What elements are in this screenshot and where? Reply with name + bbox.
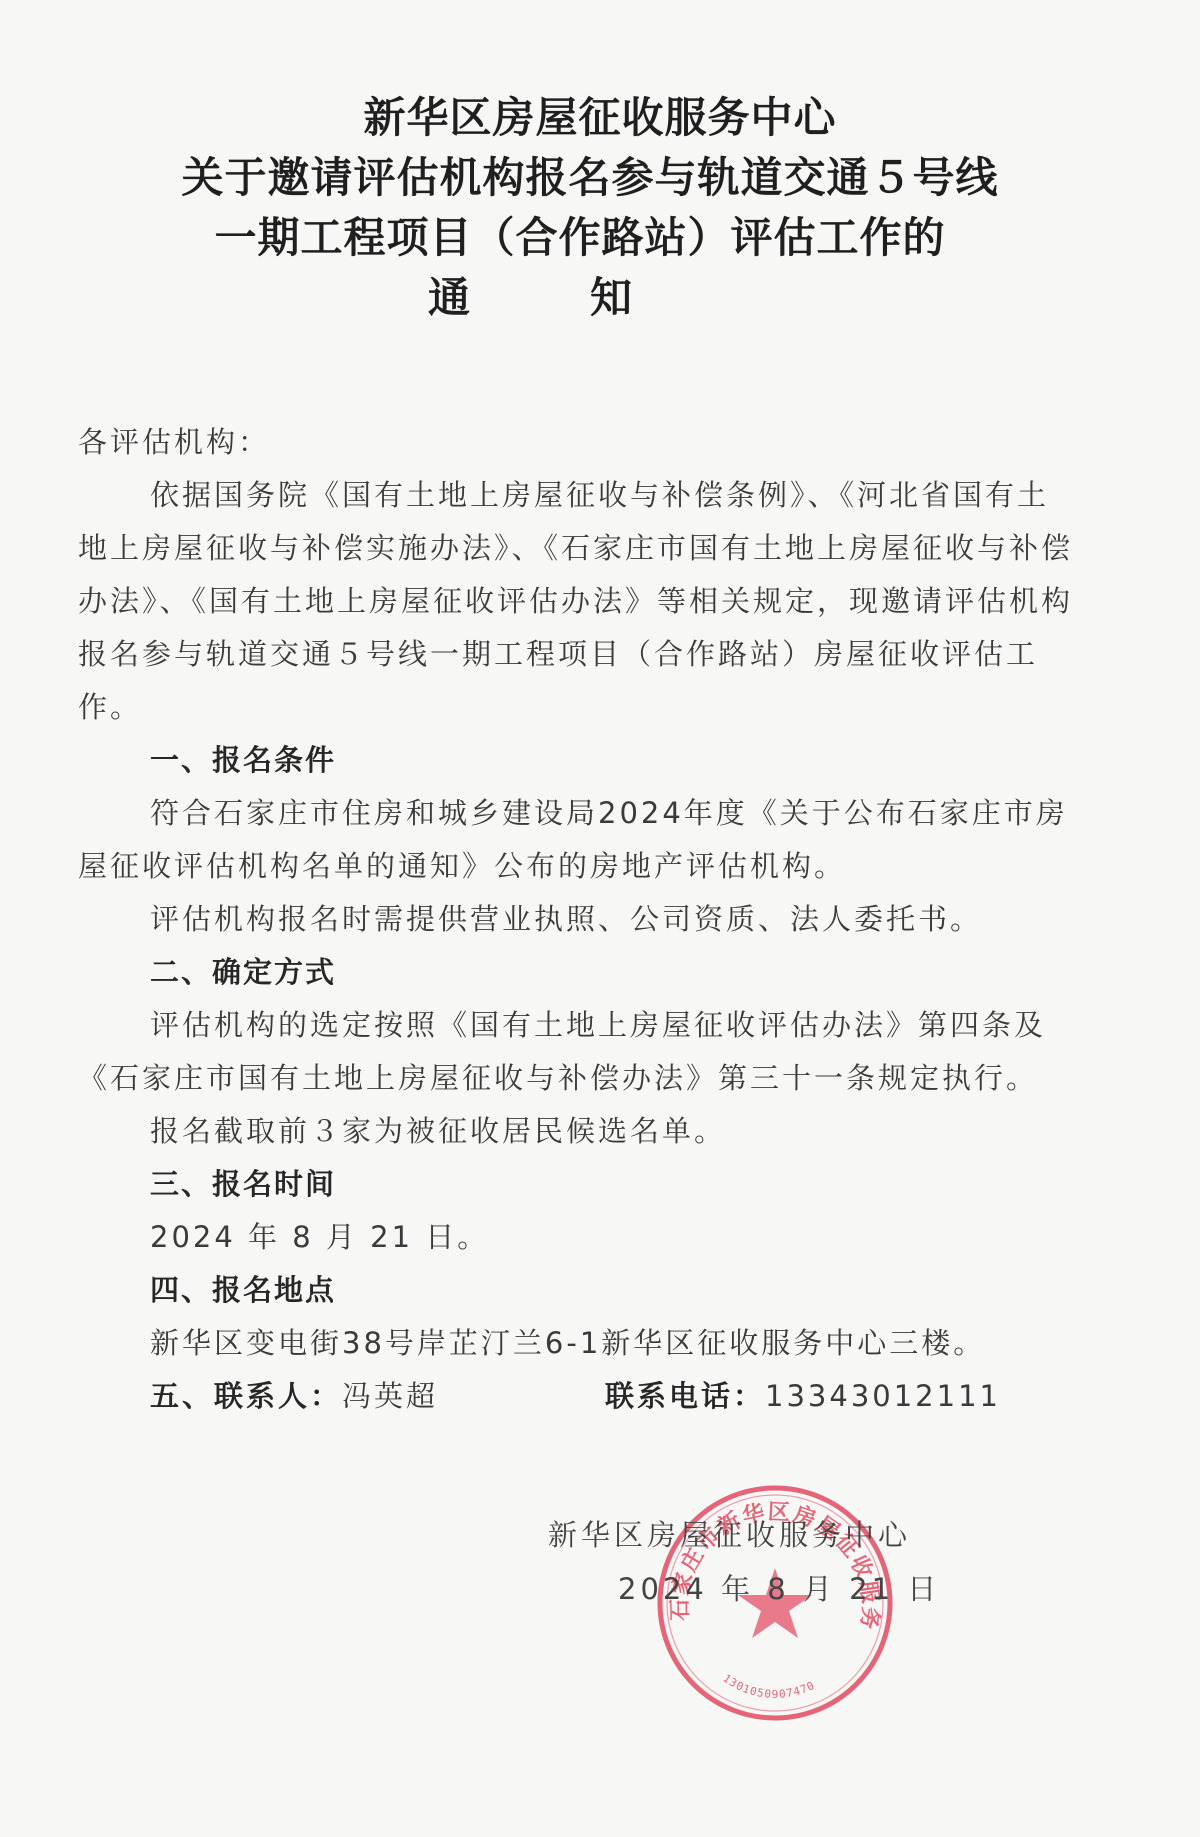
section-heading-4: 四、报名地点 bbox=[78, 1264, 1078, 1317]
title-line-3: 一期工程项目（合作路站）评估工作的 bbox=[0, 208, 1200, 268]
section-3-paragraph-1: 2024 年 8 月 21 日。 bbox=[78, 1211, 1078, 1264]
contact-row: 五、联系人：冯英超 联系电话：13343012111 bbox=[78, 1370, 1078, 1423]
contact-name: 冯英超 bbox=[342, 1379, 438, 1413]
section-1-paragraph-1: 符合石家庄市住房和城乡建设局2024年度《关于公布石家庄市房屋征收评估机构名单的… bbox=[78, 787, 1078, 893]
section-1-paragraph-2: 评估机构报名时需提供营业执照、公司资质、法人委托书。 bbox=[78, 893, 1078, 946]
salutation: 各评估机构： bbox=[78, 416, 1078, 469]
title-line-1: 新华区房屋征收服务中心 bbox=[0, 88, 1200, 148]
contact-label: 五、联系人： bbox=[150, 1379, 342, 1413]
document-body: 各评估机构： 依据国务院《国有土地上房屋征收与补偿条例》、《河北省国有土地上房屋… bbox=[78, 416, 1078, 1423]
svg-text:1301050907470: 1301050907470 bbox=[721, 1672, 818, 1701]
phone-number: 13343012111 bbox=[765, 1379, 1001, 1413]
section-2-paragraph-2: 报名截取前３家为被征收居民候选名单。 bbox=[78, 1105, 1078, 1158]
phone-label: 联系电话： bbox=[605, 1379, 765, 1413]
section-heading-1: 一、报名条件 bbox=[78, 734, 1078, 787]
title-line-4: 通知 bbox=[0, 268, 1200, 328]
contact-phone: 联系电话：13343012111 bbox=[605, 1370, 1001, 1423]
signature-organization: 新华区房屋征收服务中心 bbox=[548, 1508, 940, 1562]
intro-paragraph: 依据国务院《国有土地上房屋征收与补偿条例》、《河北省国有土地上房屋征收与补偿实施… bbox=[78, 469, 1078, 734]
document-title: 新华区房屋征收服务中心 关于邀请评估机构报名参与轨道交通５号线 一期工程项目（合… bbox=[0, 88, 1200, 328]
section-heading-3: 三、报名时间 bbox=[78, 1158, 1078, 1211]
contact-person: 五、联系人：冯英超 bbox=[150, 1370, 605, 1423]
section-4-paragraph-1: 新华区变电街38号岸芷汀兰6-1新华区征收服务中心三楼。 bbox=[78, 1317, 1078, 1370]
title-line-2: 关于邀请评估机构报名参与轨道交通５号线 bbox=[0, 148, 1200, 208]
signature-date: 2024 年 8 月 21 日 bbox=[548, 1562, 940, 1616]
section-heading-2: 二、确定方式 bbox=[78, 946, 1078, 999]
signature-block: 新华区房屋征收服务中心 2024 年 8 月 21 日 bbox=[548, 1508, 940, 1616]
section-2-paragraph-1: 评估机构的选定按照《国有土地上房屋征收评估办法》第四条及《石家庄市国有土地上房屋… bbox=[78, 999, 1078, 1105]
